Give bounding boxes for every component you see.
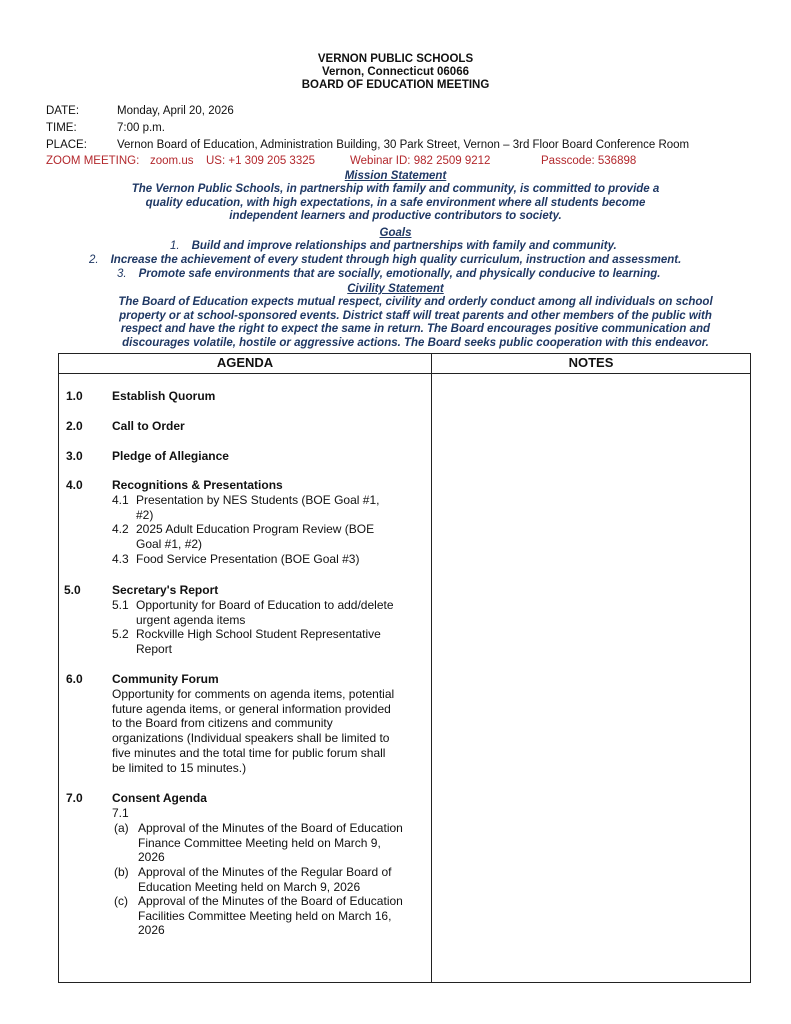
civility-line: The Board of Education expects mutual re… xyxy=(60,296,771,310)
place-row: PLACE:Vernon Board of Education, Adminis… xyxy=(46,138,689,152)
goal-number: 1. xyxy=(170,240,180,252)
mission-line: quality education, with high expectation… xyxy=(60,197,731,211)
civility-title: Civility Statement xyxy=(0,283,791,296)
mission-text: The Vernon Public Schools, in partnershi… xyxy=(60,183,731,224)
mission-title: Mission Statement xyxy=(0,170,791,183)
item-title: Call to Order xyxy=(112,419,185,434)
sub-item-number: 4.2 xyxy=(112,522,129,537)
item-title: Secretary's Report xyxy=(112,583,218,598)
item-title: Community Forum xyxy=(112,672,219,687)
notes-column xyxy=(432,374,750,982)
item-number: 6.0 xyxy=(66,672,83,687)
sub-item-number: 5.2 xyxy=(112,627,129,642)
item-number: 7.0 xyxy=(66,791,83,806)
item-title: Pledge of Allegiance xyxy=(112,449,229,464)
civility-line: respect and have the right to expect the… xyxy=(60,323,771,337)
sub-item-text: Presentation by NES Students (BOE Goal #… xyxy=(136,493,426,522)
goal-text: Build and improve relationships and part… xyxy=(192,240,617,252)
mission-line: independent learners and productive cont… xyxy=(60,210,731,224)
item-title: Recognitions & Presentations xyxy=(112,478,283,493)
agenda-column-header: AGENDA xyxy=(59,354,431,373)
agenda-table: AGENDA NOTES 1.0 Establish Quorum 2.0 Ca… xyxy=(58,353,751,983)
meeting-title: BOARD OF EDUCATION MEETING xyxy=(0,78,791,92)
sub-item-number: (c) xyxy=(114,894,128,909)
item-title: Establish Quorum xyxy=(112,389,215,404)
item-title: Consent Agenda xyxy=(112,791,207,806)
goal-text: Increase the achievement of every studen… xyxy=(111,254,682,266)
date-label: DATE: xyxy=(46,104,117,118)
date-row: DATE:Monday, April 20, 2026 xyxy=(46,104,234,118)
civility-line: discourages volatile, hostile or aggress… xyxy=(60,337,771,351)
sub-item-text: Opportunity for Board of Education to ad… xyxy=(136,598,436,627)
sub-item-text: Approval of the Minutes of the Regular B… xyxy=(138,865,438,894)
sub-item-text: Food Service Presentation (BOE Goal #3) xyxy=(136,552,426,567)
sub-item-number: 4.3 xyxy=(112,552,129,567)
place-value: Vernon Board of Education, Administratio… xyxy=(117,139,689,151)
zoom-passcode: Passcode: 536898 xyxy=(541,155,636,167)
mission-line: The Vernon Public Schools, in partnershi… xyxy=(60,183,731,197)
time-label: TIME: xyxy=(46,121,117,135)
org-name: VERNON PUBLIC SCHOOLS xyxy=(0,52,791,66)
goal-item: 1.Build and improve relationships and pa… xyxy=(170,240,617,253)
sub-item-text: Rockville High School Student Representa… xyxy=(136,627,426,656)
date-value: Monday, April 20, 2026 xyxy=(117,105,234,117)
sub-item-number: (b) xyxy=(114,865,129,880)
item-number: 1.0 xyxy=(66,389,83,404)
time-value: 7:00 p.m. xyxy=(117,122,165,134)
goal-item: 3.Promote safe environments that are soc… xyxy=(117,268,661,281)
item-number: 3.0 xyxy=(66,449,83,464)
sub-item-text: Approval of the Minutes of the Board of … xyxy=(138,821,438,865)
item-number: 5.0 xyxy=(64,583,81,598)
place-label: PLACE: xyxy=(46,138,117,152)
item-description: Opportunity for comments on agenda items… xyxy=(112,687,427,775)
goal-item: 2.Increase the achievement of every stud… xyxy=(89,254,681,267)
sub-item-text: 2025 Adult Education Program Review (BOE… xyxy=(136,522,426,551)
sub-item-text: Approval of the Minutes of the Board of … xyxy=(138,894,438,938)
goal-number: 2. xyxy=(89,254,99,266)
sub-item-number: (a) xyxy=(114,821,129,836)
time-row: TIME:7:00 p.m. xyxy=(46,121,165,135)
zoom-phone: US: +1 309 205 3325 xyxy=(206,155,315,167)
sub-item-number: 4.1 xyxy=(112,493,129,508)
civility-line: property or at school-sponsored events. … xyxy=(60,310,771,324)
civility-text: The Board of Education expects mutual re… xyxy=(60,296,771,350)
zoom-webinar-id: Webinar ID: 982 2509 9212 xyxy=(350,155,490,167)
goals-title: Goals xyxy=(0,227,791,240)
goal-number: 3. xyxy=(117,268,127,280)
sub-item-number: 5.1 xyxy=(112,598,129,613)
goal-text: Promote safe environments that are socia… xyxy=(139,268,661,280)
item-number: 4.0 xyxy=(66,478,83,493)
item-number: 2.0 xyxy=(66,419,83,434)
org-location: Vernon, Connecticut 06066 xyxy=(0,65,791,79)
zoom-site-link[interactable]: zoom.us xyxy=(150,155,193,167)
notes-column-header: NOTES xyxy=(431,354,751,373)
zoom-label: ZOOM MEETING: xyxy=(46,155,139,167)
